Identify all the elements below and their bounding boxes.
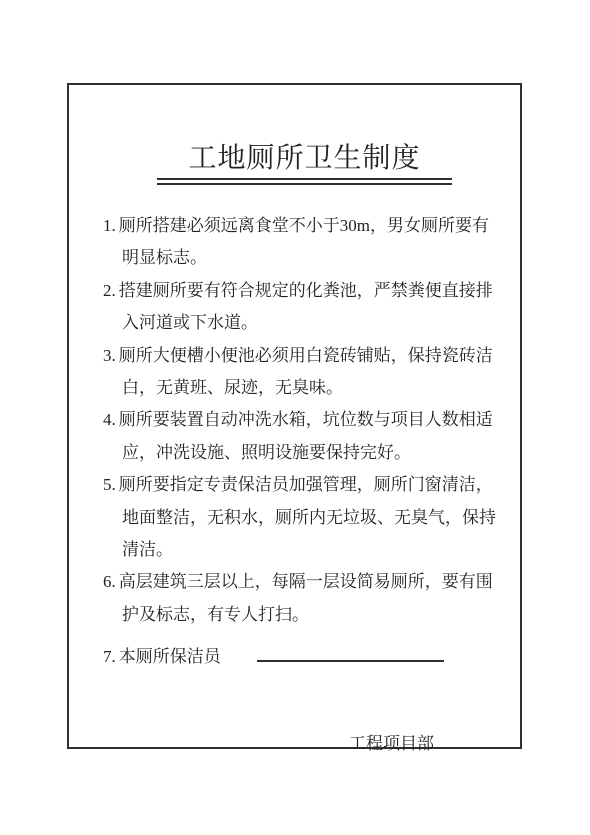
rule-number: 3. — [103, 346, 116, 365]
document-page: 工地厕所卫生制度 1.厕所搭建必须远离食堂不小于30m，男女厕所要有明显标志。 … — [0, 0, 590, 835]
rules-list: 1.厕所搭建必须远离食堂不小于30m，男女厕所要有明显标志。 2.搭建厕所要有符… — [103, 210, 504, 674]
rule-item-5: 5.厕所要指定专责保洁员加强管理，厕所门窗清洁，地面整洁，无积水，厕所内无垃圾、… — [103, 469, 504, 566]
signer-label: 工程项目部 — [349, 734, 434, 753]
signature-row: 工程项目部 — [197, 728, 520, 760]
rule-item-4: 4.厕所要装置自动冲洗水箱，坑位数与项目人数相适应，冲洗设施、照明设施要保持完好… — [103, 404, 504, 469]
document-border-frame: 工地厕所卫生制度 1.厕所搭建必须远离食堂不小于30m，男女厕所要有明显标志。 … — [67, 83, 522, 749]
rule-item-6: 6.高层建筑三层以上，每隔一层设简易厕所，要有围护及标志，有专人打扫。 — [103, 566, 504, 631]
signature-blank-line — [197, 746, 345, 749]
rule-number: 7. — [103, 647, 116, 666]
rule-text: 搭建厕所要有符合规定的化粪池，严禁粪便直接排入河道或下水道。 — [119, 281, 493, 332]
rule-item-7: 7.本厕所保洁员 — [103, 641, 504, 673]
rule-text: 高层建筑三层以上，每隔一层设简易厕所，要有围护及标志，有专人打扫。 — [119, 572, 493, 623]
rule-text: 本厕所保洁员 — [119, 647, 221, 666]
document-title: 工地厕所卫生制度 — [79, 143, 530, 175]
rule-text: 厕所要指定专责保洁员加强管理，厕所门窗清洁，地面整洁，无积水，厕所内无垃圾、无臭… — [119, 475, 496, 559]
title-double-underline — [157, 178, 452, 185]
cleaner-name-blank-line — [257, 659, 444, 662]
rule-number: 2. — [103, 281, 116, 300]
rule-item-3: 3.厕所大便槽小便池必须用白瓷砖铺贴，保持瓷砖洁白，无黄班、尿迹，无臭味。 — [103, 340, 504, 405]
rule-item-2: 2.搭建厕所要有符合规定的化粪池，严禁粪便直接排入河道或下水道。 — [103, 275, 504, 340]
rule-number: 1. — [103, 216, 116, 235]
rule-number: 5. — [103, 475, 116, 494]
rule-number: 4. — [103, 410, 116, 429]
rule-text: 厕所搭建必须远离食堂不小于30m，男女厕所要有明显标志。 — [119, 216, 489, 267]
title-block: 工地厕所卫生制度 — [79, 143, 530, 185]
rule-text: 厕所大便槽小便池必须用白瓷砖铺贴，保持瓷砖洁白，无黄班、尿迹，无臭味。 — [119, 346, 493, 397]
rule-text: 厕所要装置自动冲洗水箱，坑位数与项目人数相适应，冲洗设施、照明设施要保持完好。 — [119, 410, 493, 461]
rule-number: 6. — [103, 572, 116, 591]
rule-item-1: 1.厕所搭建必须远离食堂不小于30m，男女厕所要有明显标志。 — [103, 210, 504, 275]
